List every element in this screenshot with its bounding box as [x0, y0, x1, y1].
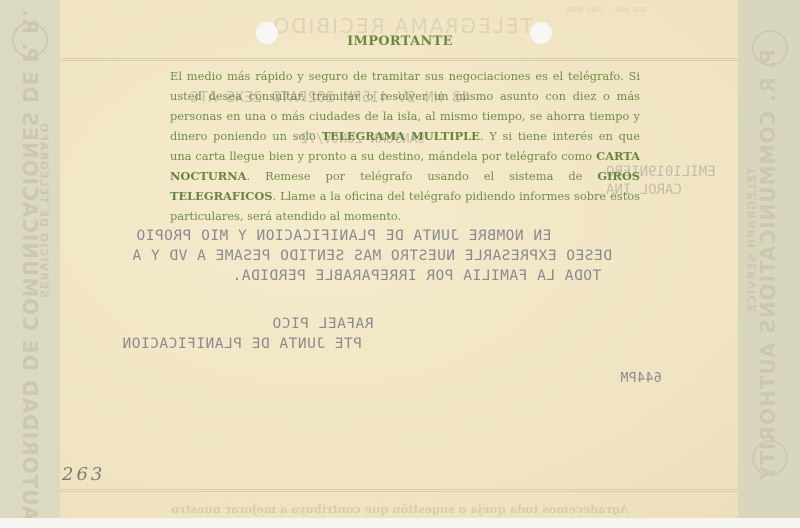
left-margin-subtitle: SERVICIO DE TELEGRAFO — [38, 122, 51, 298]
body-segment-bold: TELEGRAMA MULTIPLE — [322, 129, 480, 143]
scan-bottom-margin — [0, 518, 800, 528]
bleedthrough-corner-code: 800 000 - 1561 0001 — [566, 6, 646, 14]
body-segment: . Remese por telégrafo usando el sistema… — [247, 169, 598, 183]
bottom-frame-line — [60, 489, 738, 492]
typed-message-line3: TODA LA FAMILIA POR IRREPARABLE PERDIDA. — [232, 268, 601, 284]
signature-name: RAFAEL PICO — [272, 316, 374, 332]
typed-message-line1: EN NOMBRE JUNTA DE PLANIFICACION Y MIO P… — [136, 228, 551, 244]
important-heading: IMPORTANTE — [0, 34, 800, 49]
important-notice-body: El medio más rápido y seguro de tramitar… — [170, 66, 640, 226]
top-frame-line — [60, 58, 738, 61]
right-margin-title: P. R. COMMUNICATIONS AUTHORITY — [756, 49, 780, 481]
handwritten-number: 263 — [62, 464, 105, 485]
telegram-document: AUTORIDAD DE COMUNICACIONES DE P. R. SER… — [0, 0, 800, 528]
signature-title: PTE JUNTA DE PLANIFICACION — [122, 336, 362, 352]
right-margin-stripe: P. R. COMMUNICATIONS AUTHORITY TELEGRAPH… — [738, 0, 800, 518]
typed-message-line2: DESEO EXPRESARLE NUESTRO MAS SENTIDO PES… — [132, 248, 612, 264]
right-margin-subtitle: TELEGRAPH SERVICE — [746, 167, 759, 313]
time-stamp: 644PM — [620, 371, 662, 386]
left-margin-stripe: AUTORIDAD DE COMUNICACIONES DE P. R. SER… — [0, 0, 60, 518]
